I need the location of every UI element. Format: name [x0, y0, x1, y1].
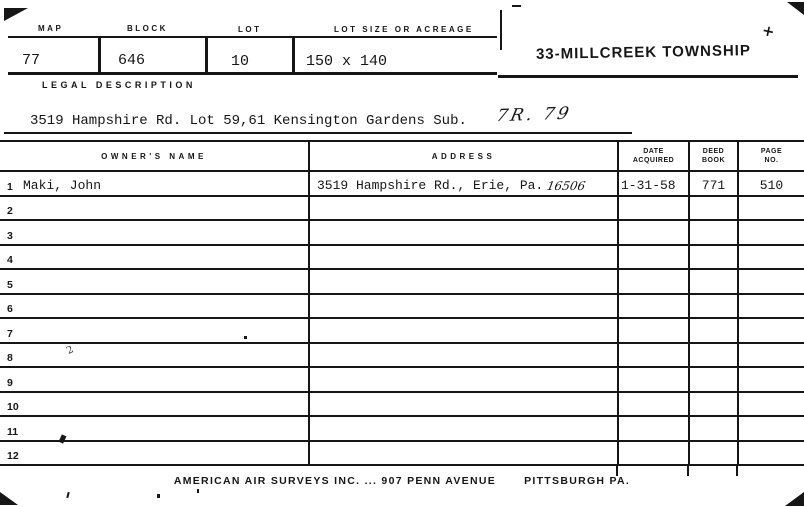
row-number: 6 [7, 303, 17, 315]
footer-imprint: AMERICAN AIR SURVEYS INC. ... 907 PENN A… [0, 475, 804, 487]
table-row-6-owner: 6 [0, 295, 308, 320]
address-value: 3519 Hampshire Rd., Erie, Pa. [317, 178, 543, 193]
table-row-7-owner: 7 [0, 319, 308, 344]
date-acquired-header: DATE ACQUIRED [617, 140, 688, 172]
handwritten-plus-mark: + [760, 21, 776, 41]
table-row-4-page [737, 246, 804, 271]
row-number: 12 [7, 450, 19, 462]
header-divider-1 [98, 38, 101, 74]
scan-artifact [157, 494, 160, 498]
table-row-9-date [617, 368, 688, 393]
row-number: 7 [7, 328, 17, 340]
table-row-8-address [308, 344, 617, 369]
ownership-table: OWNER'S NAME ADDRESS DATE ACQUIRED DEED … [0, 140, 804, 466]
row-number: 1 [7, 181, 17, 193]
table-row-10-owner: 10 [0, 393, 308, 418]
table-row-1-deed: 771 [688, 172, 737, 197]
table-row-12-date [617, 442, 688, 467]
table-row-5-date [617, 270, 688, 295]
table-row-4-address [308, 246, 617, 271]
table-row-12-page [737, 442, 804, 467]
page-header-line1: PAGE [761, 147, 782, 156]
owner-name-value: Maki, John [23, 178, 101, 193]
footer-city: PITTSBURGH PA. [524, 475, 630, 487]
header-rule-bottom [8, 72, 497, 75]
table-row-7-address [308, 319, 617, 344]
legal-description-label: LEGAL DESCRIPTION [42, 80, 196, 90]
date-header-line1: DATE [643, 147, 664, 156]
lot-label: LOT [238, 25, 262, 34]
row-number: 4 [7, 254, 17, 266]
township-divider [500, 10, 502, 50]
footer-company: AMERICAN AIR SURVEYS INC. ... 907 PENN A… [174, 475, 496, 487]
row-number: 8 [7, 352, 17, 364]
table-row-3-date [617, 221, 688, 246]
address-header: ADDRESS [308, 140, 617, 172]
deed-header-line1: DEED [703, 147, 724, 156]
table-row-2-date [617, 197, 688, 222]
row-number: 10 [7, 401, 19, 413]
table-row-3-page [737, 221, 804, 246]
table-row-5-owner: 5 [0, 270, 308, 295]
header-rule-top [8, 36, 497, 38]
table-row-11-address [308, 417, 617, 442]
table-row-9-owner: 9 [0, 368, 308, 393]
table-row-4-date [617, 246, 688, 271]
table-row-8-owner: 8 [0, 344, 308, 369]
table-row-11-owner: 11 [0, 417, 308, 442]
table-row-6-address [308, 295, 617, 320]
table-row-3-owner: 3 [0, 221, 308, 246]
table-row-8-deed [688, 344, 737, 369]
table-row-3-address [308, 221, 617, 246]
lot-size-value: 150 x 140 [306, 53, 387, 70]
table-row-2-deed [688, 197, 737, 222]
scan-corner-top-left-icon [4, 8, 28, 21]
table-row-1-owner: 1 Maki, John [0, 172, 308, 197]
scan-artifact [66, 492, 69, 498]
table-row-8-page [737, 344, 804, 369]
table-row-12-owner: 12 [0, 442, 308, 467]
date-acquired-value: 1-31-58 [621, 178, 676, 193]
table-row-8-date [617, 344, 688, 369]
owner-name-header: OWNER'S NAME [0, 140, 308, 172]
address-zip-handwritten: 16506 [546, 179, 587, 193]
scan-corner-bottom-left-icon [0, 492, 18, 505]
table-row-9-deed [688, 368, 737, 393]
table-row-7-date [617, 319, 688, 344]
table-row-3-deed [688, 221, 737, 246]
township-title: 33-MILLCREEK TOWNSHIP [536, 42, 751, 63]
row-number: 11 [7, 426, 18, 438]
handwritten-note: 7R. 79 [495, 104, 574, 127]
deed-book-header: DEED BOOK [688, 140, 737, 172]
row-number: 5 [7, 279, 17, 291]
table-row-7-page [737, 319, 804, 344]
scan-corner-bottom-right-icon [785, 492, 804, 506]
property-record-card: MAP BLOCK LOT LOT SIZE OR ACREAGE 77 646… [0, 0, 804, 507]
table-row-6-date [617, 295, 688, 320]
table-row-1-page: 510 [737, 172, 804, 197]
table-row-9-page [737, 368, 804, 393]
page-no-value: 510 [760, 178, 783, 193]
table-row-10-date [617, 393, 688, 418]
owner-name-header-label: OWNER'S NAME [101, 152, 207, 161]
lot-value: 10 [231, 53, 249, 70]
legal-description-underline [4, 132, 632, 134]
table-row-5-page [737, 270, 804, 295]
table-row-10-page [737, 393, 804, 418]
table-row-10-deed [688, 393, 737, 418]
table-row-12-address [308, 442, 617, 467]
header-divider-2 [205, 38, 208, 74]
deed-header-line2: BOOK [702, 156, 725, 165]
table-row-6-deed [688, 295, 737, 320]
table-row-12-deed [688, 442, 737, 467]
block-value: 646 [118, 52, 145, 69]
legal-description-value: 3519 Hampshire Rd. Lot 59,61 Kensington … [30, 113, 467, 129]
table-row-11-deed [688, 417, 737, 442]
table-row-10-address [308, 393, 617, 418]
map-label: MAP [38, 24, 63, 33]
township-rule-bottom [498, 75, 798, 78]
table-row-6-page [737, 295, 804, 320]
map-value: 77 [22, 52, 40, 69]
deed-book-value: 771 [702, 178, 725, 193]
table-row-5-deed [688, 270, 737, 295]
header-divider-3 [292, 38, 295, 74]
date-header-line2: ACQUIRED [633, 156, 674, 165]
table-row-4-owner: 4 [0, 246, 308, 271]
table-row-2-page [737, 197, 804, 222]
table-row-5-address [308, 270, 617, 295]
table-row-7-deed [688, 319, 737, 344]
block-label: BLOCK [127, 24, 168, 33]
table-row-2-owner: 2 [0, 197, 308, 222]
address-header-label: ADDRESS [432, 152, 496, 161]
table-row-1-date: 1-31-58 [617, 172, 688, 197]
scan-artifact [244, 336, 247, 339]
row-number: 9 [7, 377, 17, 389]
page-no-header: PAGE NO. [737, 140, 804, 172]
scan-artifact [512, 5, 521, 7]
page-header-line2: NO. [765, 156, 779, 165]
scan-artifact [197, 489, 199, 493]
table-row-11-page [737, 417, 804, 442]
table-row-4-deed [688, 246, 737, 271]
table-row-2-address [308, 197, 617, 222]
table-row-1-address: 3519 Hampshire Rd., Erie, Pa. 16506 [308, 172, 617, 197]
scan-corner-top-right-icon [787, 2, 804, 15]
row-number: 3 [7, 230, 17, 242]
lot-size-label: LOT SIZE OR ACREAGE [334, 25, 474, 34]
table-row-9-address [308, 368, 617, 393]
row-number: 2 [7, 205, 17, 217]
table-row-11-date [617, 417, 688, 442]
